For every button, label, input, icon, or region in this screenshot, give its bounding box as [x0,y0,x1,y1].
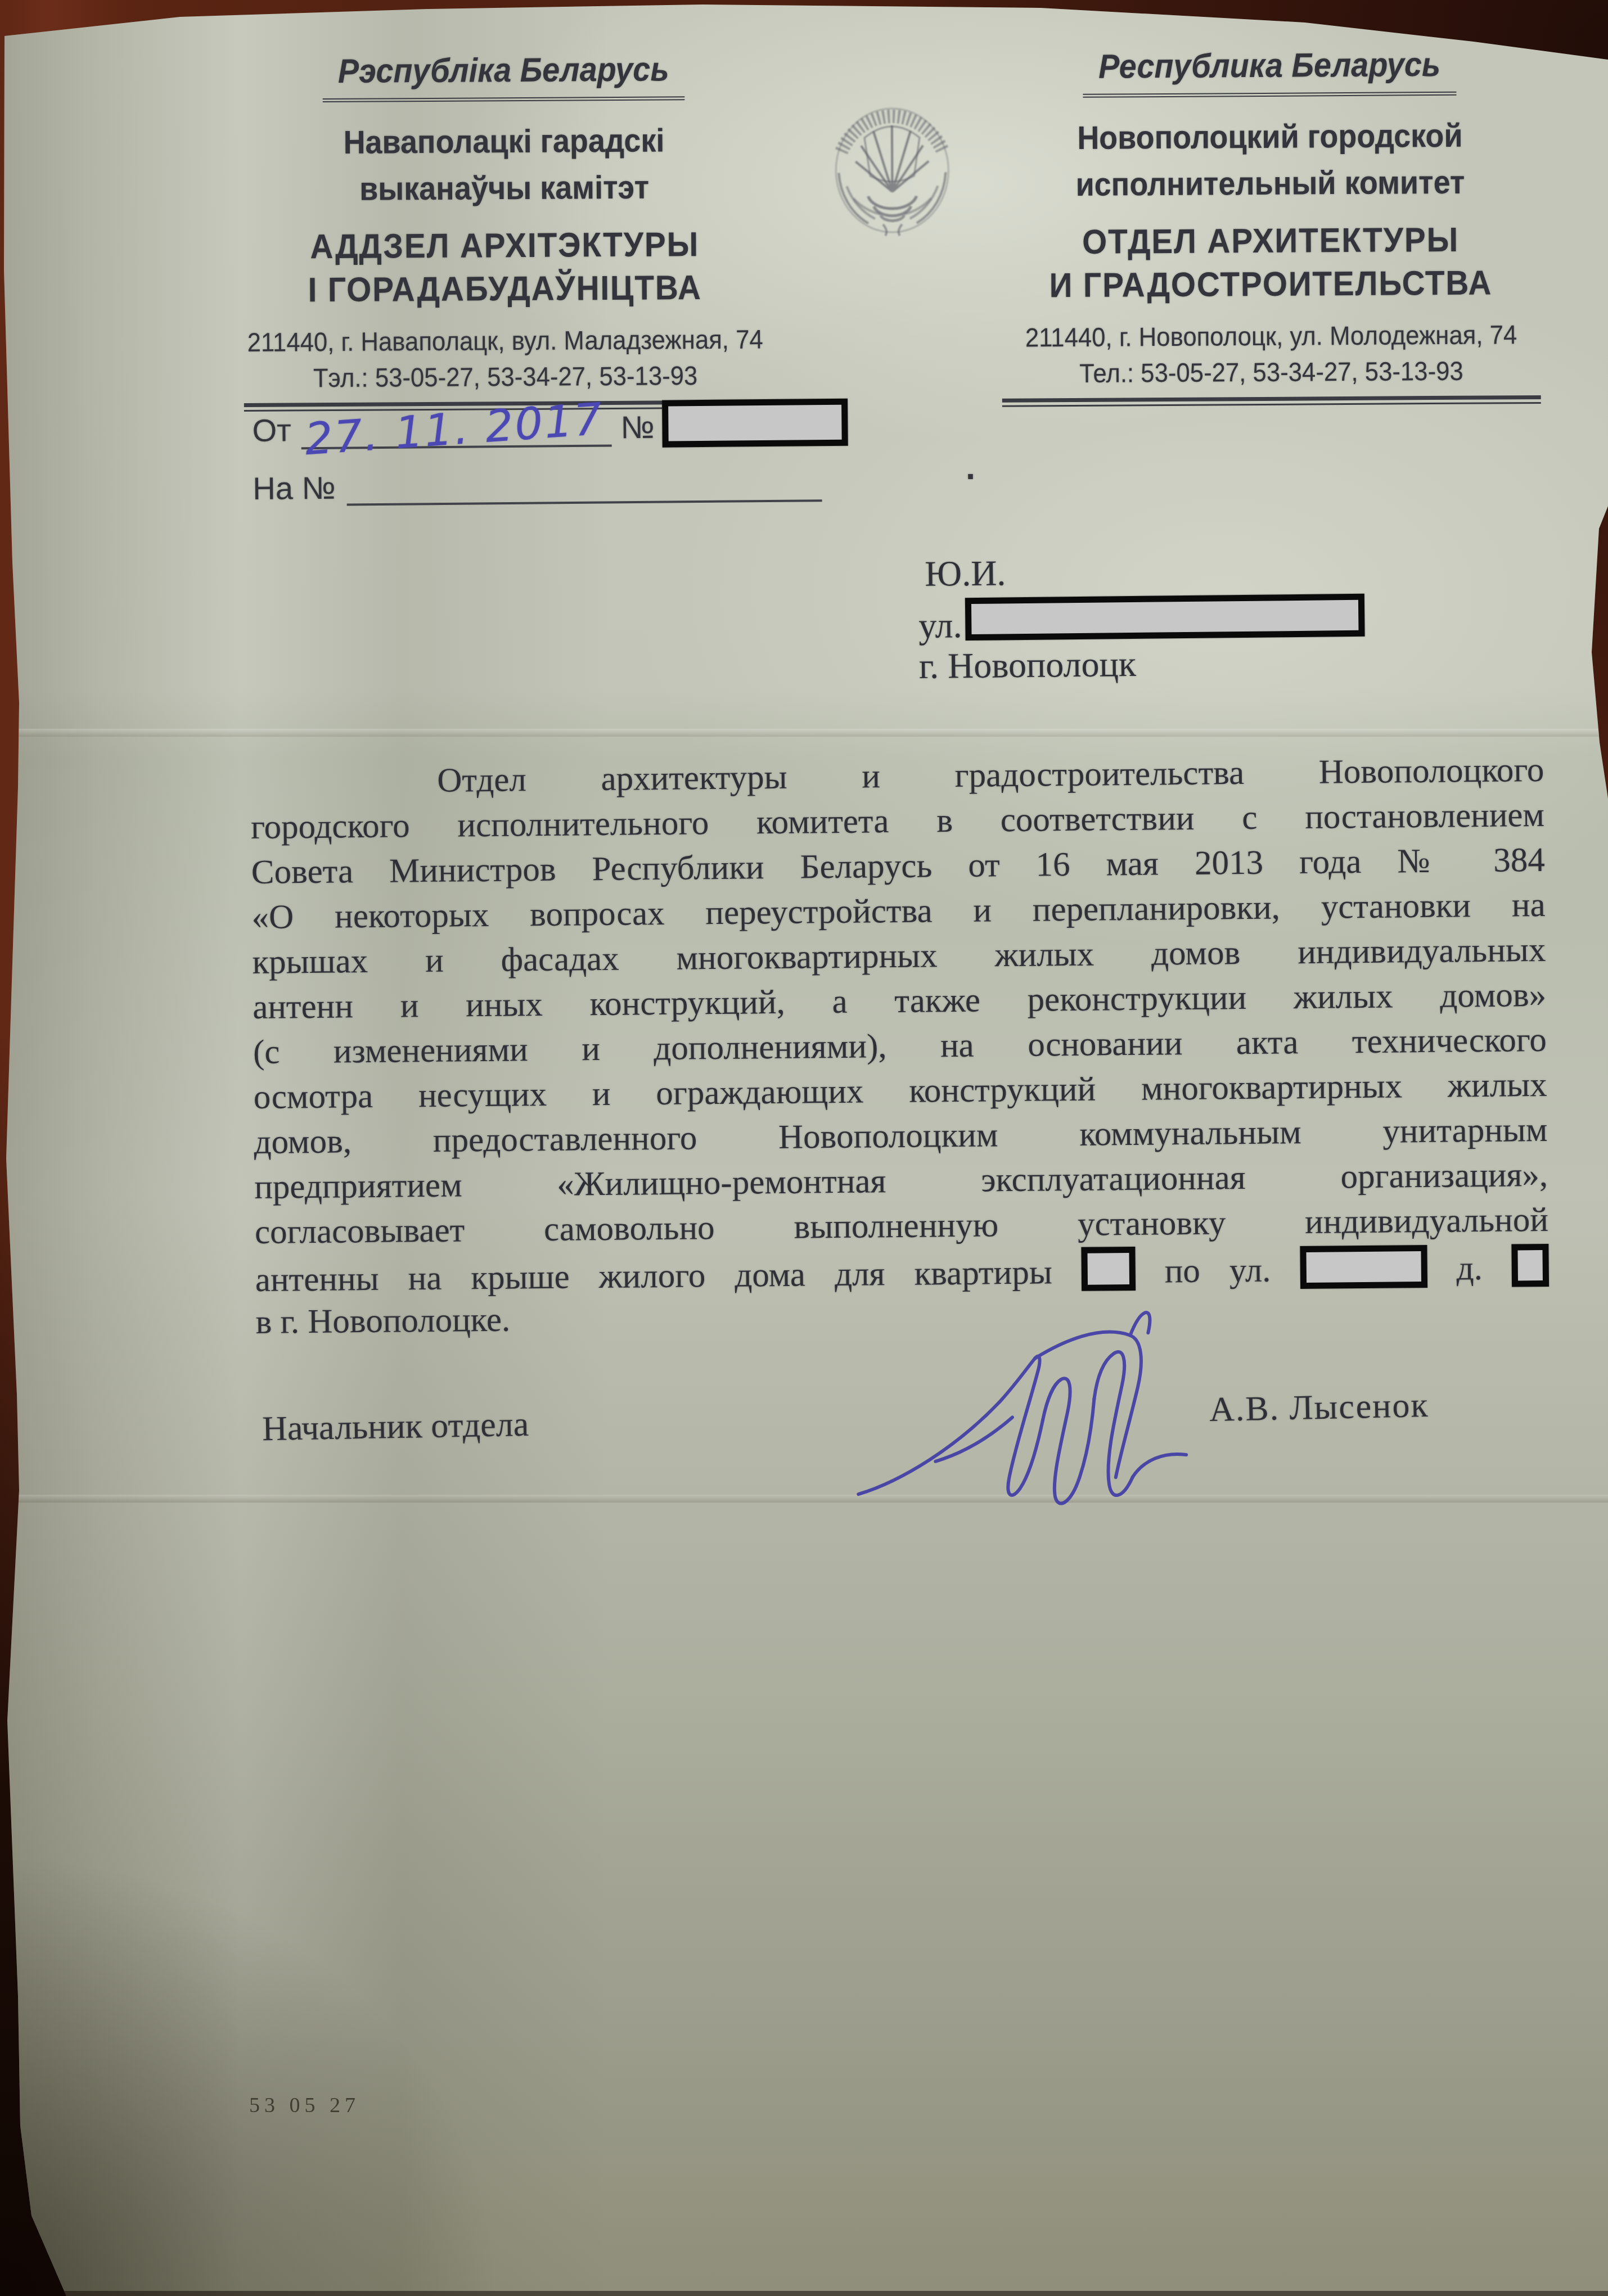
org-name-ru-line1: Новополоцкий городской [1077,112,1463,161]
addressee-city-row: г. Новополоцк [919,643,1136,687]
letterhead-russian-column: Республика Беларусь Новополоцкий городск… [1000,44,1541,407]
body-final-line-text3: д. [1456,1250,1483,1287]
paper-bottom-edge-shadow [45,2291,1608,2296]
letter-paper-sheet: Рэспубліка Беларусь Наваполацкі гарадскі… [0,0,1608,2296]
postal-address-be: 211440, г. Наваполацк, вул. Маладзежная,… [247,322,763,359]
letterhead-rule-right [1002,395,1541,407]
signoff-position-title: Начальник отдела [262,1405,529,1449]
addressee-city: г. Новополоцк [919,643,1136,687]
country-name-be: Рэспубліка Беларусь [322,49,685,102]
number-label: № [620,409,655,448]
org-name-ru-line2: исполнительный комитет [1075,159,1465,208]
body-final-line-text2: по ул. [1164,1252,1271,1291]
date-blank-line: 27. 11. 2017 [301,397,612,449]
redaction-box-street-name [1300,1245,1427,1289]
photographed-letter: { "header": { "left": { "country": "Рэсп… [0,0,1608,2296]
org-name-be-line1: Наваполацкі гарадскі [343,117,664,165]
from-label: От [252,412,291,451]
reply-to-line: На № [253,463,1041,507]
handwritten-date: 27. 11. 2017 [303,394,605,465]
addressee-initials: Ю.И. [925,552,1006,595]
street-label: ул. [918,605,962,647]
belarus-coat-of-arms-stamp-icon [828,101,957,241]
postal-address-ru: 211440, г. Новополоцк, ул. Молодежная, 7… [1025,318,1517,354]
stray-period-mark: . [966,448,975,487]
reply-to-blank-line [346,469,822,506]
redaction-box-outgoing-number [662,399,848,448]
addressee-block: Ю.И. ул. г. Новополоцк [918,548,1481,688]
addressee-name-row: Ю.И. [918,552,1006,590]
org-name-be-line2: выканаўчы камітэт [359,164,649,213]
redaction-box-apartment-number [1081,1247,1136,1291]
department-name-be-line2: І ГОРАДАБУДАЎНІЦТВА [308,266,702,312]
handwritten-signature [849,1307,1201,1533]
date-number-line: От 27. 11. 2017 № [252,394,1040,451]
phone-numbers-ru: Тел.: 53-05-27, 53-34-27, 53-13-93 [1079,354,1463,390]
country-name-ru: Республика Беларусь [1083,44,1456,98]
letterhead: Рэспубліка Беларусь Наваполацкі гарадскі… [242,44,1560,400]
department-name-ru-line1: ОТДЕЛ АРХИТЕКТУРЫ [1082,218,1459,264]
footer-document-code: 53 05 27 [249,2093,360,2118]
phone-numbers-be: Тэл.: 53-05-27, 53-34-27, 53-13-93 [313,359,698,395]
paper-fold-crease-upper [0,729,1608,737]
body-final-line-text1: антенны на крыше жилого дома для квартир… [255,1253,1052,1299]
department-name-ru-line2: И ГРАДОСТРОИТЕЛЬСТВА [1049,261,1492,307]
reply-to-label: На № [253,470,336,507]
redaction-box-addressee-street [965,594,1365,640]
paper-fold-crease-lower [0,1495,1608,1503]
signoff-name: А.В. Лысенок [1209,1386,1429,1430]
letterhead-belarusian-column: Рэспубліка Беларусь Наваполацкі гарадскі… [242,48,767,412]
department-name-be-line1: АДДЗЕЛ АРХІТЭКТУРЫ [310,223,699,268]
reference-block: От 27. 11. 2017 № На № . [252,394,1041,507]
addressee-street-row: ул. [918,594,1365,641]
redaction-box-house-number [1511,1244,1549,1287]
letter-body-paragraph: Отдел архитектуры и градостроительства Н… [250,748,1550,1345]
